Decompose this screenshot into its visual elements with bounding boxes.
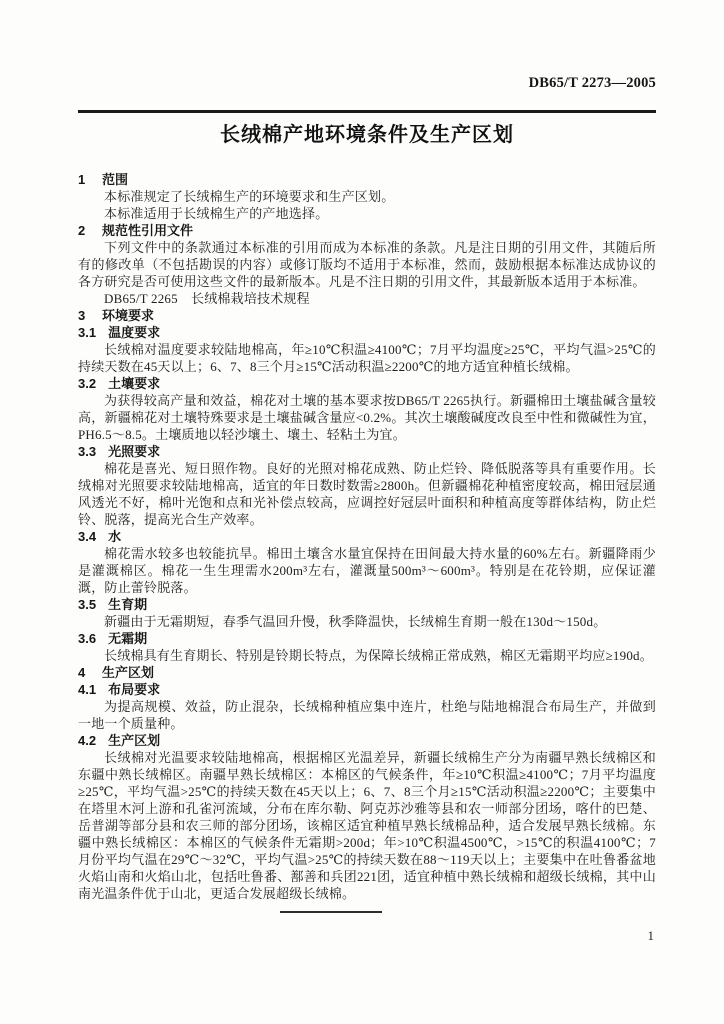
section-title: 无霜期 xyxy=(108,631,147,646)
paragraph: 新疆由于无霜期短，春季气温回升慢，秋季降温快，长绒棉生育期一般在130d～150… xyxy=(78,613,656,630)
section-title: 生育期 xyxy=(108,597,147,612)
section-heading-4: 4生产区划 xyxy=(78,664,656,681)
section-heading-4-2: 4.2生产区划 xyxy=(78,732,656,749)
doc-code: DB65/T 2273—2005 xyxy=(78,76,656,91)
paragraph: 长绒棉对温度要求较陆地棉高，年≥10℃积温≥4100℃；7月平均温度≥25℃，平… xyxy=(78,341,656,375)
section-heading-2: 2规范性引用文件 xyxy=(78,222,656,239)
section-number: 3 xyxy=(78,307,90,324)
page-number: 1 xyxy=(648,928,655,943)
paragraph: 长绒棉具有生育期长、特别是铃期长特点，为保障长绒棉正常成熟，棉区无霜期平均应≥1… xyxy=(78,647,656,664)
section-heading-3-5: 3.5生育期 xyxy=(78,596,656,613)
section-number: 3.4 xyxy=(78,528,96,545)
end-of-text-rule xyxy=(280,911,382,913)
section-number: 4.1 xyxy=(78,681,96,698)
paragraph: 下列文件中的条款通过本标准的引用而成为本标准的条款。凡是注日期的引用文件，其随后… xyxy=(78,239,656,290)
section-number: 1 xyxy=(78,171,90,188)
section-number: 3.2 xyxy=(78,375,96,392)
section-number: 3.3 xyxy=(78,443,96,460)
section-title: 光照要求 xyxy=(108,444,160,459)
section-title: 温度要求 xyxy=(108,325,160,340)
section-number: 4.2 xyxy=(78,732,96,749)
section-title: 生产区划 xyxy=(108,733,160,748)
section-number: 4 xyxy=(78,664,90,681)
section-heading-4-1: 4.1布局要求 xyxy=(78,681,656,698)
section-title: 布局要求 xyxy=(108,682,160,697)
paragraph: 为提高规模、效益，防止混杂，长绒棉种植应集中连片，杜绝与陆地棉混合布局生产，并做… xyxy=(78,698,656,732)
section-heading-3: 3环境要求 xyxy=(78,307,656,324)
section-title: 生产区划 xyxy=(102,665,154,680)
paragraph: 棉花是喜光、短日照作物。良好的光照对棉花成熟、防止烂铃、降低脱落等具有重要作用。… xyxy=(78,460,656,528)
paragraph: 长绒棉对光温要求较陆地棉高，根据棉区光温差异，新疆长绒棉生产分为南疆早熟长绒棉区… xyxy=(78,749,656,902)
header-rule xyxy=(78,110,656,113)
section-number: 2 xyxy=(78,222,90,239)
section-title: 环境要求 xyxy=(102,308,154,323)
section-title: 规范性引用文件 xyxy=(102,223,193,238)
section-heading-3-3: 3.3光照要求 xyxy=(78,443,656,460)
section-number: 3.5 xyxy=(78,596,96,613)
section-number: 3.6 xyxy=(78,630,96,647)
section-title: 水 xyxy=(108,529,121,544)
document-body: 1范围 本标准规定了长绒棉生产的环境要求和生产区划。 本标准适用于长绒棉生产的产… xyxy=(78,171,656,913)
paragraph: 本标准规定了长绒棉生产的环境要求和生产区划。 xyxy=(78,188,656,205)
document-page: DB65/T 2273—2005 长绒棉产地环境条件及生产区划 1范围 本标准规… xyxy=(0,0,724,1024)
reference-entry: DB65/T 2265 长绒棉栽培技术规程 xyxy=(78,290,656,307)
paragraph: 为获得较高产量和效益，棉花对土壤的基本要求按DB65/T 2265执行。新疆棉田… xyxy=(78,392,656,443)
section-title: 土壤要求 xyxy=(108,376,160,391)
section-heading-3-6: 3.6无霜期 xyxy=(78,630,656,647)
section-title: 范围 xyxy=(102,172,128,187)
section-heading-3-1: 3.1温度要求 xyxy=(78,324,656,341)
section-number: 3.1 xyxy=(78,324,96,341)
section-heading-3-4: 3.4水 xyxy=(78,528,656,545)
doc-title: 长绒棉产地环境条件及生产区划 xyxy=(78,122,656,148)
paragraph: 本标准适用于长绒棉生产的产地选择。 xyxy=(78,205,656,222)
section-heading-3-2: 3.2土壤要求 xyxy=(78,375,656,392)
page-content: DB65/T 2273—2005 长绒棉产地环境条件及生产区划 1范围 本标准规… xyxy=(78,0,656,913)
paragraph: 棉花需水较多也较能抗旱。棉田土壤含水量宜保持在田间最大持水量的60%左右。新疆降… xyxy=(78,545,656,596)
section-heading-1: 1范围 xyxy=(78,171,656,188)
